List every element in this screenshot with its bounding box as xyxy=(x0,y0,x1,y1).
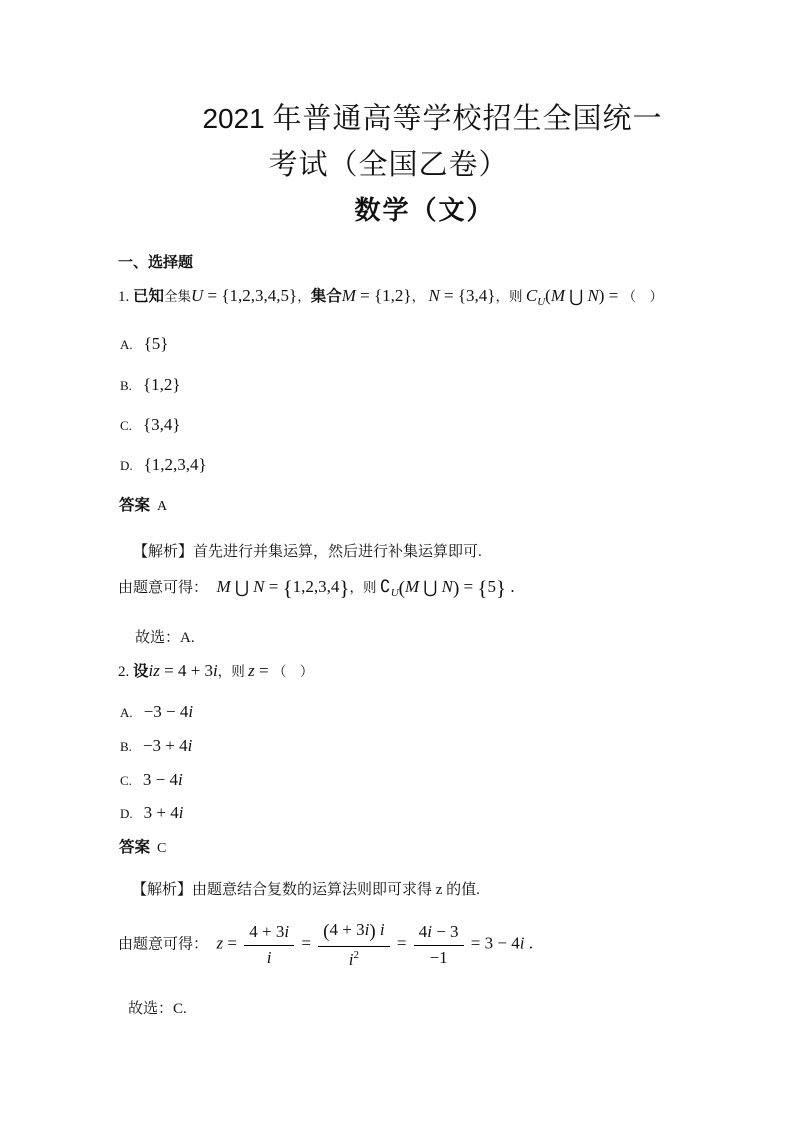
text-run: N xyxy=(442,577,453,596)
text-run: N xyxy=(428,286,439,305)
text-run: } xyxy=(496,576,506,600)
question-1-analysis-intro: 【解析】首先进行并集运算，然后进行补集运算即可. xyxy=(133,540,482,561)
fraction: (4 + 3i) ii2 xyxy=(318,920,389,970)
text-run: = xyxy=(393,934,411,953)
title-year: 2021 xyxy=(202,103,272,134)
answer-label: 答案 xyxy=(119,497,150,514)
question-2-option-a: A.−3 − 4i xyxy=(120,702,193,722)
text-run: 则 xyxy=(363,580,380,595)
text-run: 则 xyxy=(509,289,526,304)
question-2-conclusion: 故选：C. xyxy=(128,997,187,1018)
text-run: {1,2,3,4} xyxy=(144,455,207,474)
option-value: {1,2} xyxy=(143,377,181,394)
text-run: M xyxy=(551,286,565,305)
text-run: 4 + 3 xyxy=(249,922,284,941)
fraction-denominator: i2 xyxy=(318,947,389,970)
text-run: = xyxy=(297,934,315,953)
doc-title-line1: 2021 年普通高等学校招生全国统一 xyxy=(0,96,793,137)
option-value: {5} xyxy=(144,336,169,353)
text-run: ) = xyxy=(599,286,623,305)
text-run: } xyxy=(339,576,349,600)
question-2-analysis-intro: 【解析】由题意结合复数的运算法则即可求得 z 的值. xyxy=(132,878,480,899)
fraction-numerator: 4 + 3i xyxy=(244,922,294,946)
question-1-answer: 答案A xyxy=(119,493,167,515)
option-label: C. xyxy=(120,418,132,433)
option-label: A. xyxy=(120,705,133,720)
text-run: 集合 xyxy=(311,288,342,305)
option-label: C. xyxy=(120,773,132,788)
text-run: = 3 − 4 xyxy=(467,934,520,953)
option-value: 3 − 4i xyxy=(143,772,183,789)
text-run: { xyxy=(283,576,293,600)
text-run: {3,4} xyxy=(143,415,181,434)
fraction-denominator: i xyxy=(244,946,294,968)
text-run: = xyxy=(255,661,273,680)
text-run: { xyxy=(477,576,487,600)
text-run: = {1,2} xyxy=(356,286,412,305)
option-value: {1,2,3,4} xyxy=(144,457,207,474)
text-run: iz xyxy=(149,661,160,680)
text-run: i xyxy=(284,922,289,941)
text-run: 3 − 4 xyxy=(143,770,178,789)
fraction: 4i − 3−1 xyxy=(414,922,464,968)
question-2-answer: 答案C xyxy=(119,835,166,857)
option-label: B. xyxy=(120,739,132,754)
text-run: 3 + 4 xyxy=(144,803,179,822)
doc-title-line2: 考试（全国乙卷） xyxy=(0,142,793,183)
section-heading: 一、选择题 xyxy=(118,251,193,272)
text-run: U xyxy=(391,587,399,599)
text-run: ， xyxy=(495,289,509,304)
text-run: 首先进行并集运算，然后进行补集运算即可. xyxy=(193,544,482,560)
option-value: 3 + 4i xyxy=(144,805,184,822)
text-run: − 3 xyxy=(432,922,459,941)
text-run: ， xyxy=(350,580,364,595)
text-run: 1,2,3,4 xyxy=(293,577,340,596)
text-run: = {3,4} xyxy=(440,286,496,305)
option-value: −3 + 4i xyxy=(143,738,192,755)
text-run: ⋃ xyxy=(569,287,583,307)
question-1-option-b: B.{1,2} xyxy=(120,375,181,395)
option-value: {3,4} xyxy=(143,417,181,434)
text-run: i xyxy=(380,920,385,939)
text-run: i xyxy=(188,702,193,721)
text-run: 由题意可得： xyxy=(118,580,208,596)
text-run: −3 + 4 xyxy=(143,736,188,755)
answer-value: C xyxy=(157,841,166,856)
text-run: ∁ xyxy=(380,577,391,597)
text-run: . xyxy=(506,577,515,596)
text-run: . xyxy=(524,934,533,953)
text-run: ， xyxy=(412,289,429,304)
text-run: z xyxy=(248,661,255,680)
text-run: 4 + 3 xyxy=(329,920,364,939)
text-run: C xyxy=(526,286,537,305)
answer-label: 答案 xyxy=(119,839,150,856)
text-run: {5} xyxy=(144,334,169,353)
option-label: A. xyxy=(120,337,133,352)
text-run: 故选：A. xyxy=(135,630,195,646)
text-run: 由题意可得： xyxy=(118,937,208,953)
text-run: = xyxy=(203,286,221,305)
text-run: −1 xyxy=(430,948,448,967)
text-run: = 4 + 3 xyxy=(160,661,213,680)
text-run: 全集 xyxy=(164,289,191,304)
text-run: 已知 xyxy=(133,288,164,305)
option-label: D. xyxy=(120,458,133,473)
text-run: {1,2} xyxy=(143,375,181,394)
text-run: 故选：C. xyxy=(128,1001,187,1017)
text-run: N xyxy=(253,577,264,596)
question-1-conclusion: 故选：A. xyxy=(135,626,195,647)
question-2-option-c: C.3 − 4i xyxy=(120,770,183,790)
question-2-stem: 2. 设iz = 4 + 3i，则 z = （ ） xyxy=(118,659,313,681)
text-run: 1. xyxy=(118,289,133,305)
text-run: ⋃ xyxy=(423,578,437,598)
text-run: ， xyxy=(218,664,232,679)
text-run xyxy=(208,577,217,596)
text-run: 设 xyxy=(133,663,149,680)
text-run: M xyxy=(405,577,419,596)
text-run: i xyxy=(178,770,183,789)
text-run: 2 xyxy=(354,949,360,961)
text-run: 2. xyxy=(118,664,133,680)
text-run: i xyxy=(267,948,272,967)
question-1-option-c: C.{3,4} xyxy=(120,415,181,435)
text-run: （ ） xyxy=(273,664,314,679)
fraction-denominator: −1 xyxy=(414,946,464,968)
text-run: 4 xyxy=(419,922,428,941)
question-2-option-b: B.−3 + 4i xyxy=(120,736,192,756)
text-run: 5 xyxy=(487,577,496,596)
text-run: = xyxy=(264,577,282,596)
option-value: −3 − 4i xyxy=(144,704,193,721)
title-text: 年普通高等学校招生全国统一 xyxy=(273,103,663,135)
question-2-option-d: D.3 + 4i xyxy=(120,803,183,823)
text-run: ， xyxy=(297,289,311,304)
text-run: （ ） xyxy=(623,289,664,304)
question-2-derivation: 由题意可得： z = 4 + 3ii = (4 + 3i) ii2 = 4i −… xyxy=(118,920,533,970)
answer-value: A xyxy=(157,499,167,514)
text-run: {1,2,3,4,5} xyxy=(221,286,297,305)
text-run: U xyxy=(537,296,545,308)
fraction-numerator: (4 + 3i) i xyxy=(318,920,389,947)
text-run: = xyxy=(223,934,241,953)
doc-subject: 数学（文） xyxy=(0,190,793,227)
text-run: ⋃ xyxy=(235,578,249,598)
question-1-option-a: A.{5} xyxy=(120,334,168,354)
text-run xyxy=(208,934,217,953)
text-run: N xyxy=(587,286,598,305)
fraction-numerator: 4i − 3 xyxy=(414,922,464,946)
text-run: U xyxy=(191,286,203,305)
document-page: 2021 年普通高等学校招生全国统一 考试（全国乙卷） 数学（文） 一、选择题 … xyxy=(0,0,793,1122)
option-label: D. xyxy=(120,806,133,821)
question-1-derivation: 由题意可得： M ⋃ N = {1,2,3,4}，则 ∁U(M ⋃ N) = {… xyxy=(118,576,515,601)
text-run: 【解析】 xyxy=(133,544,193,560)
question-1-option-d: D.{1,2,3,4} xyxy=(120,455,207,475)
fraction: 4 + 3ii xyxy=(244,922,294,968)
text-run: M xyxy=(342,286,356,305)
text-run: 则 xyxy=(231,664,248,679)
text-run: i xyxy=(188,736,193,755)
text-run: i xyxy=(179,803,184,822)
question-1-stem: 1. 已知全集U = {1,2,3,4,5}，集合M = {1,2}， N = … xyxy=(118,284,663,308)
text-run: M xyxy=(217,577,231,596)
text-run: 由题意结合复数的运算法则即可求得 z 的值. xyxy=(192,882,480,898)
option-label: B. xyxy=(120,378,132,393)
text-run: = xyxy=(459,577,477,596)
text-run: 【解析】 xyxy=(132,882,192,898)
text-run: −3 − 4 xyxy=(144,702,189,721)
